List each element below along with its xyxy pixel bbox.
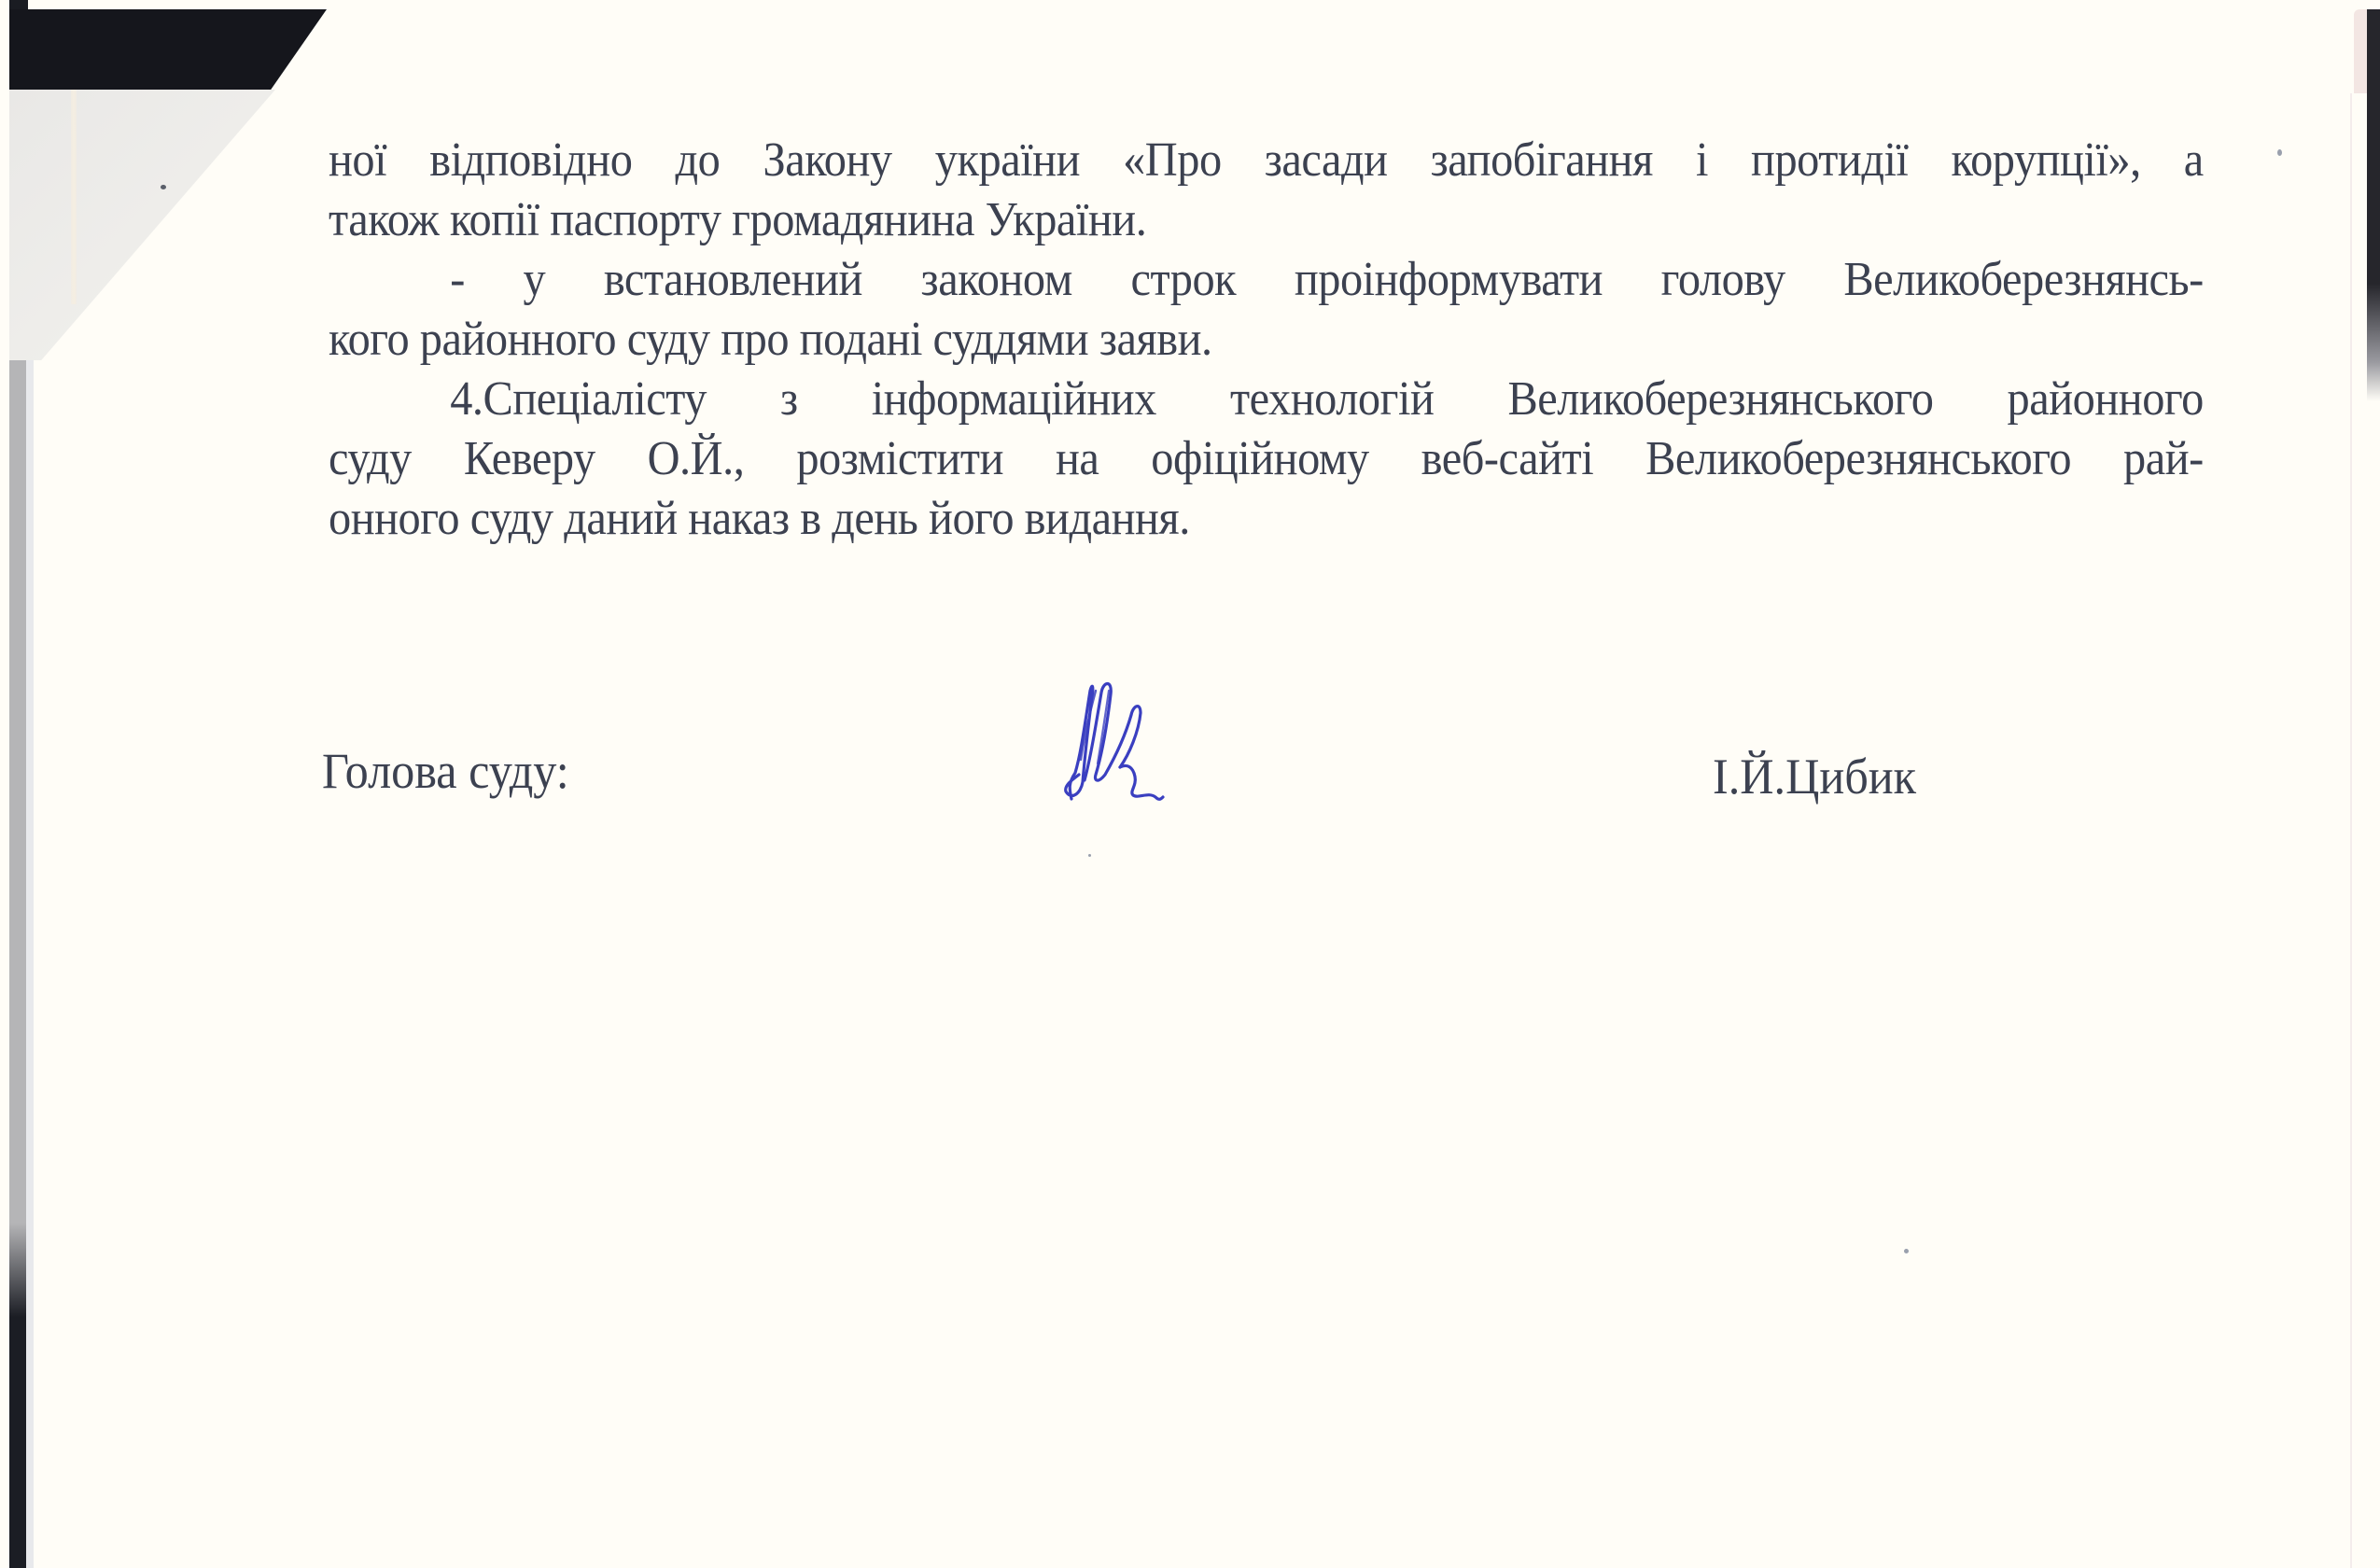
handwritten-signature-icon [1043,670,1174,810]
scan-dark-corner [9,9,327,91]
document-body: ної відповідно до Закону україни «Про за… [329,131,2204,549]
paragraph-item-4-it-specialist: 4.Спеціалісту з інформаційних технологій… [329,370,2204,549]
text-line: також копії паспорту громадянина України… [329,190,2204,250]
scan-speck [1088,854,1091,857]
scan-right-edge [2367,9,2380,401]
signatory-title: Голова суду: [322,742,569,800]
text-line: суду Кеверу О.Й., розмістити на офіційно… [329,429,2204,489]
text-line: 4.Спеціалісту з інформаційних технологій… [329,370,2204,429]
scan-speck [2277,149,2282,156]
text-line: ної відповідно до Закону україни «Про за… [329,131,2204,190]
paragraph-anti-corruption-declaration: ної відповідно до Закону україни «Про за… [329,131,2204,250]
folded-page-corner [9,90,275,360]
scan-speck [1904,1249,1909,1253]
scan-speck [161,185,166,189]
text-line: - у встановлений законом строк проінформ… [329,250,2204,310]
text-line: онного суду даний наказ в день його вида… [329,489,2204,549]
text-line: кого районного суду про подані суддями з… [329,310,2204,370]
signatory-name: І.Й.Цибик [1713,748,1916,805]
scan-right-tab [2354,9,2367,93]
fold-crease [71,90,77,304]
paragraph-inform-head-of-court: - у встановлений законом строк проінформ… [329,250,2204,370]
scan-right-page-line [2350,93,2352,1568]
scan-top-margin [0,0,2380,9]
